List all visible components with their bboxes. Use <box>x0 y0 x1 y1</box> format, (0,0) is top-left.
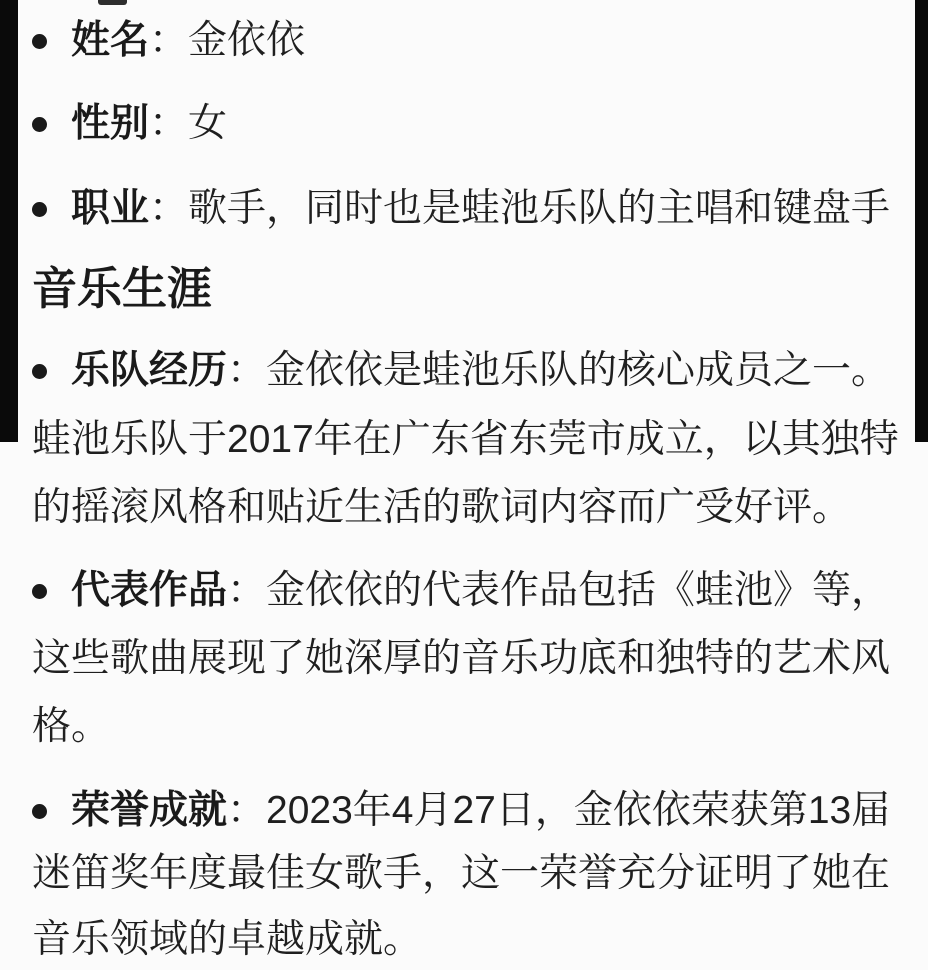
field-label: 乐队经历 <box>71 338 227 404</box>
field-value: ：女 <box>149 91 227 157</box>
list-item-representative-works: 代表作品：金依依的代表作品包括《蛙池》等， <box>32 558 890 624</box>
list-item-gender: 性别：女 <box>32 91 227 157</box>
field-value: ：歌手，同时也是蛙池乐队的主唱和键盘手 <box>149 176 890 242</box>
wrapped-line: 蛙池乐队于2017年在广东省东莞市成立，以其独特 <box>32 407 899 473</box>
wrapped-line: 音乐领域的卓越成就。 <box>32 907 422 970</box>
field-label: 荣誉成就 <box>71 778 227 844</box>
bullet-icon <box>32 202 47 217</box>
wrapped-line: 格。 <box>32 694 110 760</box>
list-item-name: 姓名：金依依 <box>32 8 305 74</box>
field-value: ：金依依 <box>149 8 305 74</box>
field-label: 代表作品 <box>71 558 227 624</box>
right-black-bar <box>915 0 928 442</box>
document-page: { "theme": { "bg": "#fbfbfb", "text": "#… <box>0 0 928 970</box>
bullet-icon <box>32 584 47 599</box>
field-label: 姓名 <box>71 8 149 74</box>
bullet-icon <box>32 117 47 132</box>
cropped-glyph-remnant <box>98 0 127 5</box>
left-black-bar <box>0 0 18 442</box>
field-value: ：金依依是蛙池乐队的核心成员之一。 <box>227 338 890 404</box>
bullet-icon <box>32 804 47 819</box>
list-item-occupation: 职业：歌手，同时也是蛙池乐队的主唱和键盘手 <box>32 176 890 242</box>
wrapped-line: 这些歌曲展现了她深厚的音乐功底和独特的艺术风 <box>32 626 890 692</box>
bullet-icon <box>32 34 47 49</box>
field-value: ：2023年4月27日，金依依荣获第13届 <box>227 778 890 844</box>
list-item-band-history: 乐队经历：金依依是蛙池乐队的核心成员之一。 <box>32 338 890 404</box>
field-label: 职业 <box>71 176 149 242</box>
bullet-icon <box>32 364 47 379</box>
list-item-honors: 荣誉成就：2023年4月27日，金依依荣获第13届 <box>32 778 890 844</box>
wrapped-line: 的摇滚风格和贴近生活的歌词内容而广受好评。 <box>32 475 851 541</box>
field-value: ：金依依的代表作品包括《蛙池》等， <box>227 558 890 624</box>
wrapped-line: 迷笛奖年度最佳女歌手，这一荣誉充分证明了她在 <box>32 841 890 907</box>
field-label: 性别 <box>71 91 149 157</box>
section-heading: 音乐生涯 <box>32 256 212 322</box>
